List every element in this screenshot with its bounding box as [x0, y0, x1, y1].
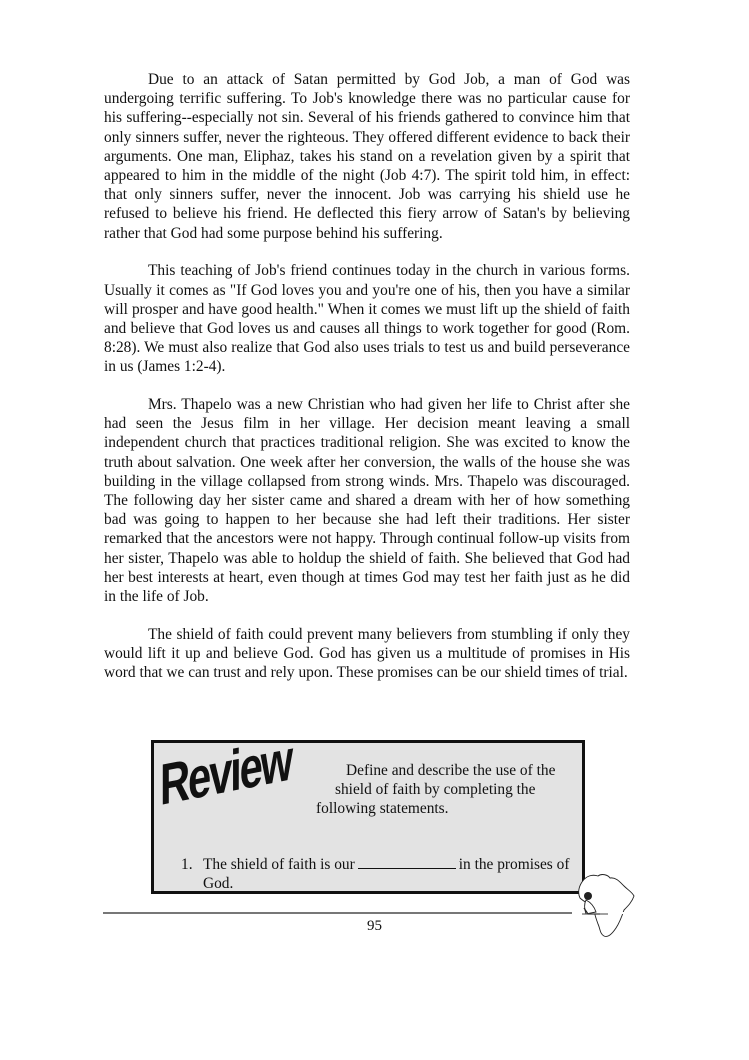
paragraph-teaching-today: This teaching of Job's friend continues … — [104, 261, 630, 376]
review-instruction-line-1: Define and describe the use of the — [316, 761, 578, 780]
question-number: 1. — [181, 855, 193, 874]
body-text: Due to an attack of Satan permitted by G… — [104, 70, 630, 701]
question-text-before: The shield of faith is our — [203, 856, 355, 873]
fill-in-blank[interactable] — [358, 855, 456, 869]
review-instruction-line-2: shield of faith by completing the — [316, 780, 578, 799]
review-box: Review Define and describe the use of th… — [151, 740, 585, 894]
question-text: The shield of faith is ourin the promise… — [203, 855, 583, 893]
africa-map-praying-figure-icon — [572, 868, 638, 940]
paragraph-job-suffering: Due to an attack of Satan permitted by G… — [104, 70, 630, 243]
review-instructions: Define and describe the use of the shiel… — [316, 761, 578, 819]
document-page: Due to an attack of Satan permitted by G… — [0, 0, 749, 1060]
review-heading: Review — [160, 731, 291, 815]
paragraph-mrs-thapelo: Mrs. Thapelo was a new Christian who had… — [104, 395, 630, 606]
review-instruction-line-3: following statements. — [316, 799, 578, 818]
footer-rule — [103, 912, 635, 914]
paragraph-shield-conclusion: The shield of faith could prevent many b… — [104, 625, 630, 683]
